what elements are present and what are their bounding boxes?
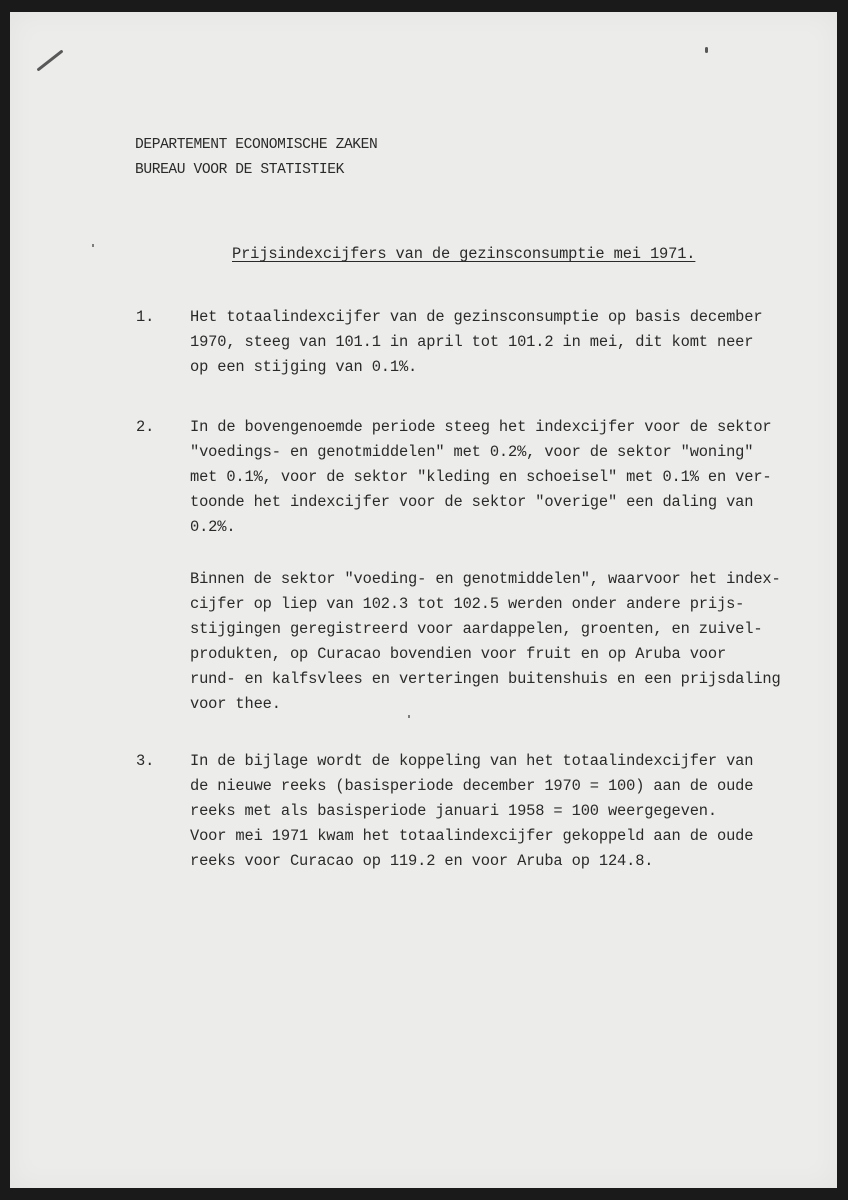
ink-speck <box>92 244 94 247</box>
paragraph-line: 0.2%. <box>190 518 235 536</box>
paragraph-line: Binnen de sektor "voeding- en genotmidde… <box>190 570 781 588</box>
department-heading: DEPARTEMENT ECONOMISCHE ZAKEN <box>135 137 377 153</box>
section-number: 2. <box>136 418 154 436</box>
paragraph-line: In de bovengenoemde periode steeg het in… <box>190 418 772 436</box>
ink-speck <box>705 47 708 53</box>
document-title: Prijsindexcijfers van de gezinsconsumpti… <box>232 245 695 263</box>
paragraph-line: met 0.1%, voor de sektor "kleding en sch… <box>190 468 772 486</box>
ink-speck <box>408 715 410 718</box>
section-number: 1. <box>136 308 154 326</box>
paragraph-line: de nieuwe reeks (basisperiode december 1… <box>190 777 753 795</box>
pen-mark <box>36 49 63 71</box>
paragraph-line: cijfer op liep van 102.3 tot 102.5 werde… <box>190 595 744 613</box>
paragraph-line: voor thee. <box>190 695 281 713</box>
paragraph-line: produkten, op Curacao bovendien voor fru… <box>190 645 726 663</box>
section-number: 3. <box>136 752 154 770</box>
paragraph-line: Het totaalindexcijfer van de gezinsconsu… <box>190 308 762 326</box>
paragraph-line: stijgingen geregistreerd voor aardappele… <box>190 620 762 638</box>
paragraph-line: In de bijlage wordt de koppeling van het… <box>190 752 753 770</box>
paragraph-line: reeks voor Curacao op 119.2 en voor Arub… <box>190 852 653 870</box>
paragraph-line: "voedings- en genotmiddelen" met 0.2%, v… <box>190 443 753 461</box>
paragraph-line: Voor mei 1971 kwam het totaalindexcijfer… <box>190 827 753 845</box>
paragraph-line: toonde het indexcijfer voor de sektor "o… <box>190 493 753 511</box>
paragraph-line: 1970, steeg van 101.1 in april tot 101.2… <box>190 333 753 351</box>
paragraph-line: op een stijging van 0.1%. <box>190 358 417 376</box>
bureau-heading: BUREAU VOOR DE STATISTIEK <box>135 162 344 178</box>
paragraph-line: rund- en kalfsvlees en verteringen buite… <box>190 670 781 688</box>
paragraph-line: reeks met als basisperiode januari 1958 … <box>190 802 717 820</box>
